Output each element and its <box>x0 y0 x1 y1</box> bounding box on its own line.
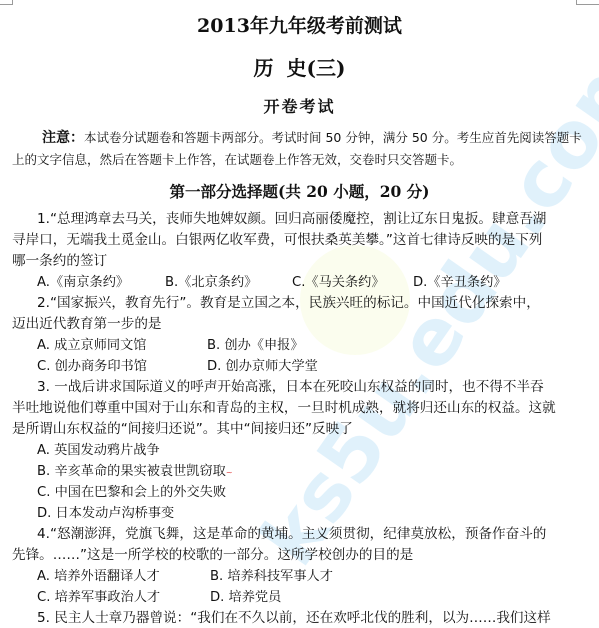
question-5: 5. 民主人士章乃器曾说：“我们在不久以前，还在欢呼北伐的胜利，以为……我们这样 <box>12 608 592 628</box>
subject-title: 历 史(三) <box>0 52 599 81</box>
question-line: 哪一条约的签订 <box>12 251 592 272</box>
question-line: 先锋。……”这是一所学校的校歌的一部分。这所学校创办的目的是 <box>12 545 592 566</box>
option-b: B. 辛亥革命的果实被袁世凯窃取~ <box>37 461 233 483</box>
page-corner-mark <box>0 0 13 5</box>
option-d: D. 创办京师大学堂 <box>207 356 318 377</box>
section-title: 第一部分选择题(共 20 小题，20 分) <box>0 180 599 202</box>
question-line: 2.“国家振兴，教育先行”。教育是立国之本，民族兴旺的标记。中国近代化探索中， <box>37 293 592 314</box>
option-c: C. 培养军事政治人才 <box>37 587 160 608</box>
exam-title: 2013年九年级考前测试 <box>0 11 599 38</box>
notice-text: 本试卷分试题卷和答题卡两部分。考试时间 50 分钟，满分 50 分。考生应首先阅… <box>12 130 582 167</box>
question-4: 4.“怒潮澎湃，党旗飞舞，这是革命的黄埔。主义须贯彻，纪律莫放松，预备作奋斗的 … <box>12 524 592 566</box>
question-line: 寻岸口，无端我土觅金山。白银两亿收军费，可恨扶桑英美攀。”这首七律诗反映的是下列 <box>12 230 592 251</box>
question-2: 2.“国家振兴，教育先行”。教育是立国之本，民族兴旺的标记。中国近代化探索中， … <box>12 293 592 335</box>
option-b: B. 培养科技军事人才 <box>210 566 333 587</box>
question-1: 1.“总理鸿章去马关，丧师失地婢奴颜。回归高丽倭魔控，割让辽东日鬼扳。肆意吾湖 … <box>12 209 592 272</box>
option-a: A. 培养外语翻译人才 <box>37 566 160 587</box>
option-d: D.《辛丑条约》 <box>413 272 506 293</box>
question-3: 3. 一战后讲求国际道义的呼声开始高涨，日本在死咬山东权益的同时，也不得不半吞 … <box>12 377 592 440</box>
question-line: 1.“总理鸿章去马关，丧师失地婢奴颜。回归高丽倭魔控，割让辽东日鬼扳。肆意吾湖 <box>37 209 592 230</box>
option-d: D. 培养党员 <box>210 587 281 608</box>
question-line: 是所谓山东权益的“间接归还说”。其中“间接归还”反映了 <box>12 419 592 440</box>
question-line: 半吐地说他们尊重中国对于山东和青岛的主权，一旦时机成熟，就将归还山东的权益。这就 <box>12 398 592 419</box>
option-c: C. 中国在巴黎和会上的外交失败 <box>37 482 226 503</box>
option-b-text: B. 辛亥革命的果实被袁世凯窃取 <box>37 464 226 479</box>
question-line: 迈出近代教育第一步的是 <box>12 314 592 335</box>
question-line: 4.“怒潮澎湃，党旗飞舞，这是革命的黄埔。主义须贯彻，纪律莫放松，预备作奋斗的 <box>37 524 592 545</box>
exam-type: 开卷考试 <box>0 94 599 117</box>
option-a: A. 成立京师同文馆 <box>37 335 147 356</box>
question-line: 3. 一战后讲求国际道义的呼声开始高涨，日本在死咬山东权益的同时，也不得不半吞 <box>37 377 592 398</box>
spellcheck-mark: ~ <box>226 468 233 477</box>
page-corner-mark <box>576 0 599 5</box>
option-b: B. 创办《申报》 <box>207 335 304 356</box>
option-d: D. 日本发动卢沟桥事变 <box>37 503 174 524</box>
option-b: B.《北京条约》 <box>165 272 257 293</box>
notice-label: 注意： <box>42 130 84 146</box>
option-a: A. 英国发动鸦片战争 <box>37 440 160 461</box>
option-c: C.《马关条约》 <box>292 272 385 293</box>
question-line: 5. 民主人士章乃器曾说：“我们在不久以前，还在欢呼北伐的胜利，以为……我们这样 <box>37 608 592 628</box>
notice: 注意：本试卷分试题卷和答题卡两部分。考试时间 50 分钟，满分 50 分。考生应… <box>12 127 592 170</box>
option-a: A.《南京条约》 <box>37 272 129 293</box>
option-c: C. 创办商务印书馆 <box>37 356 147 377</box>
